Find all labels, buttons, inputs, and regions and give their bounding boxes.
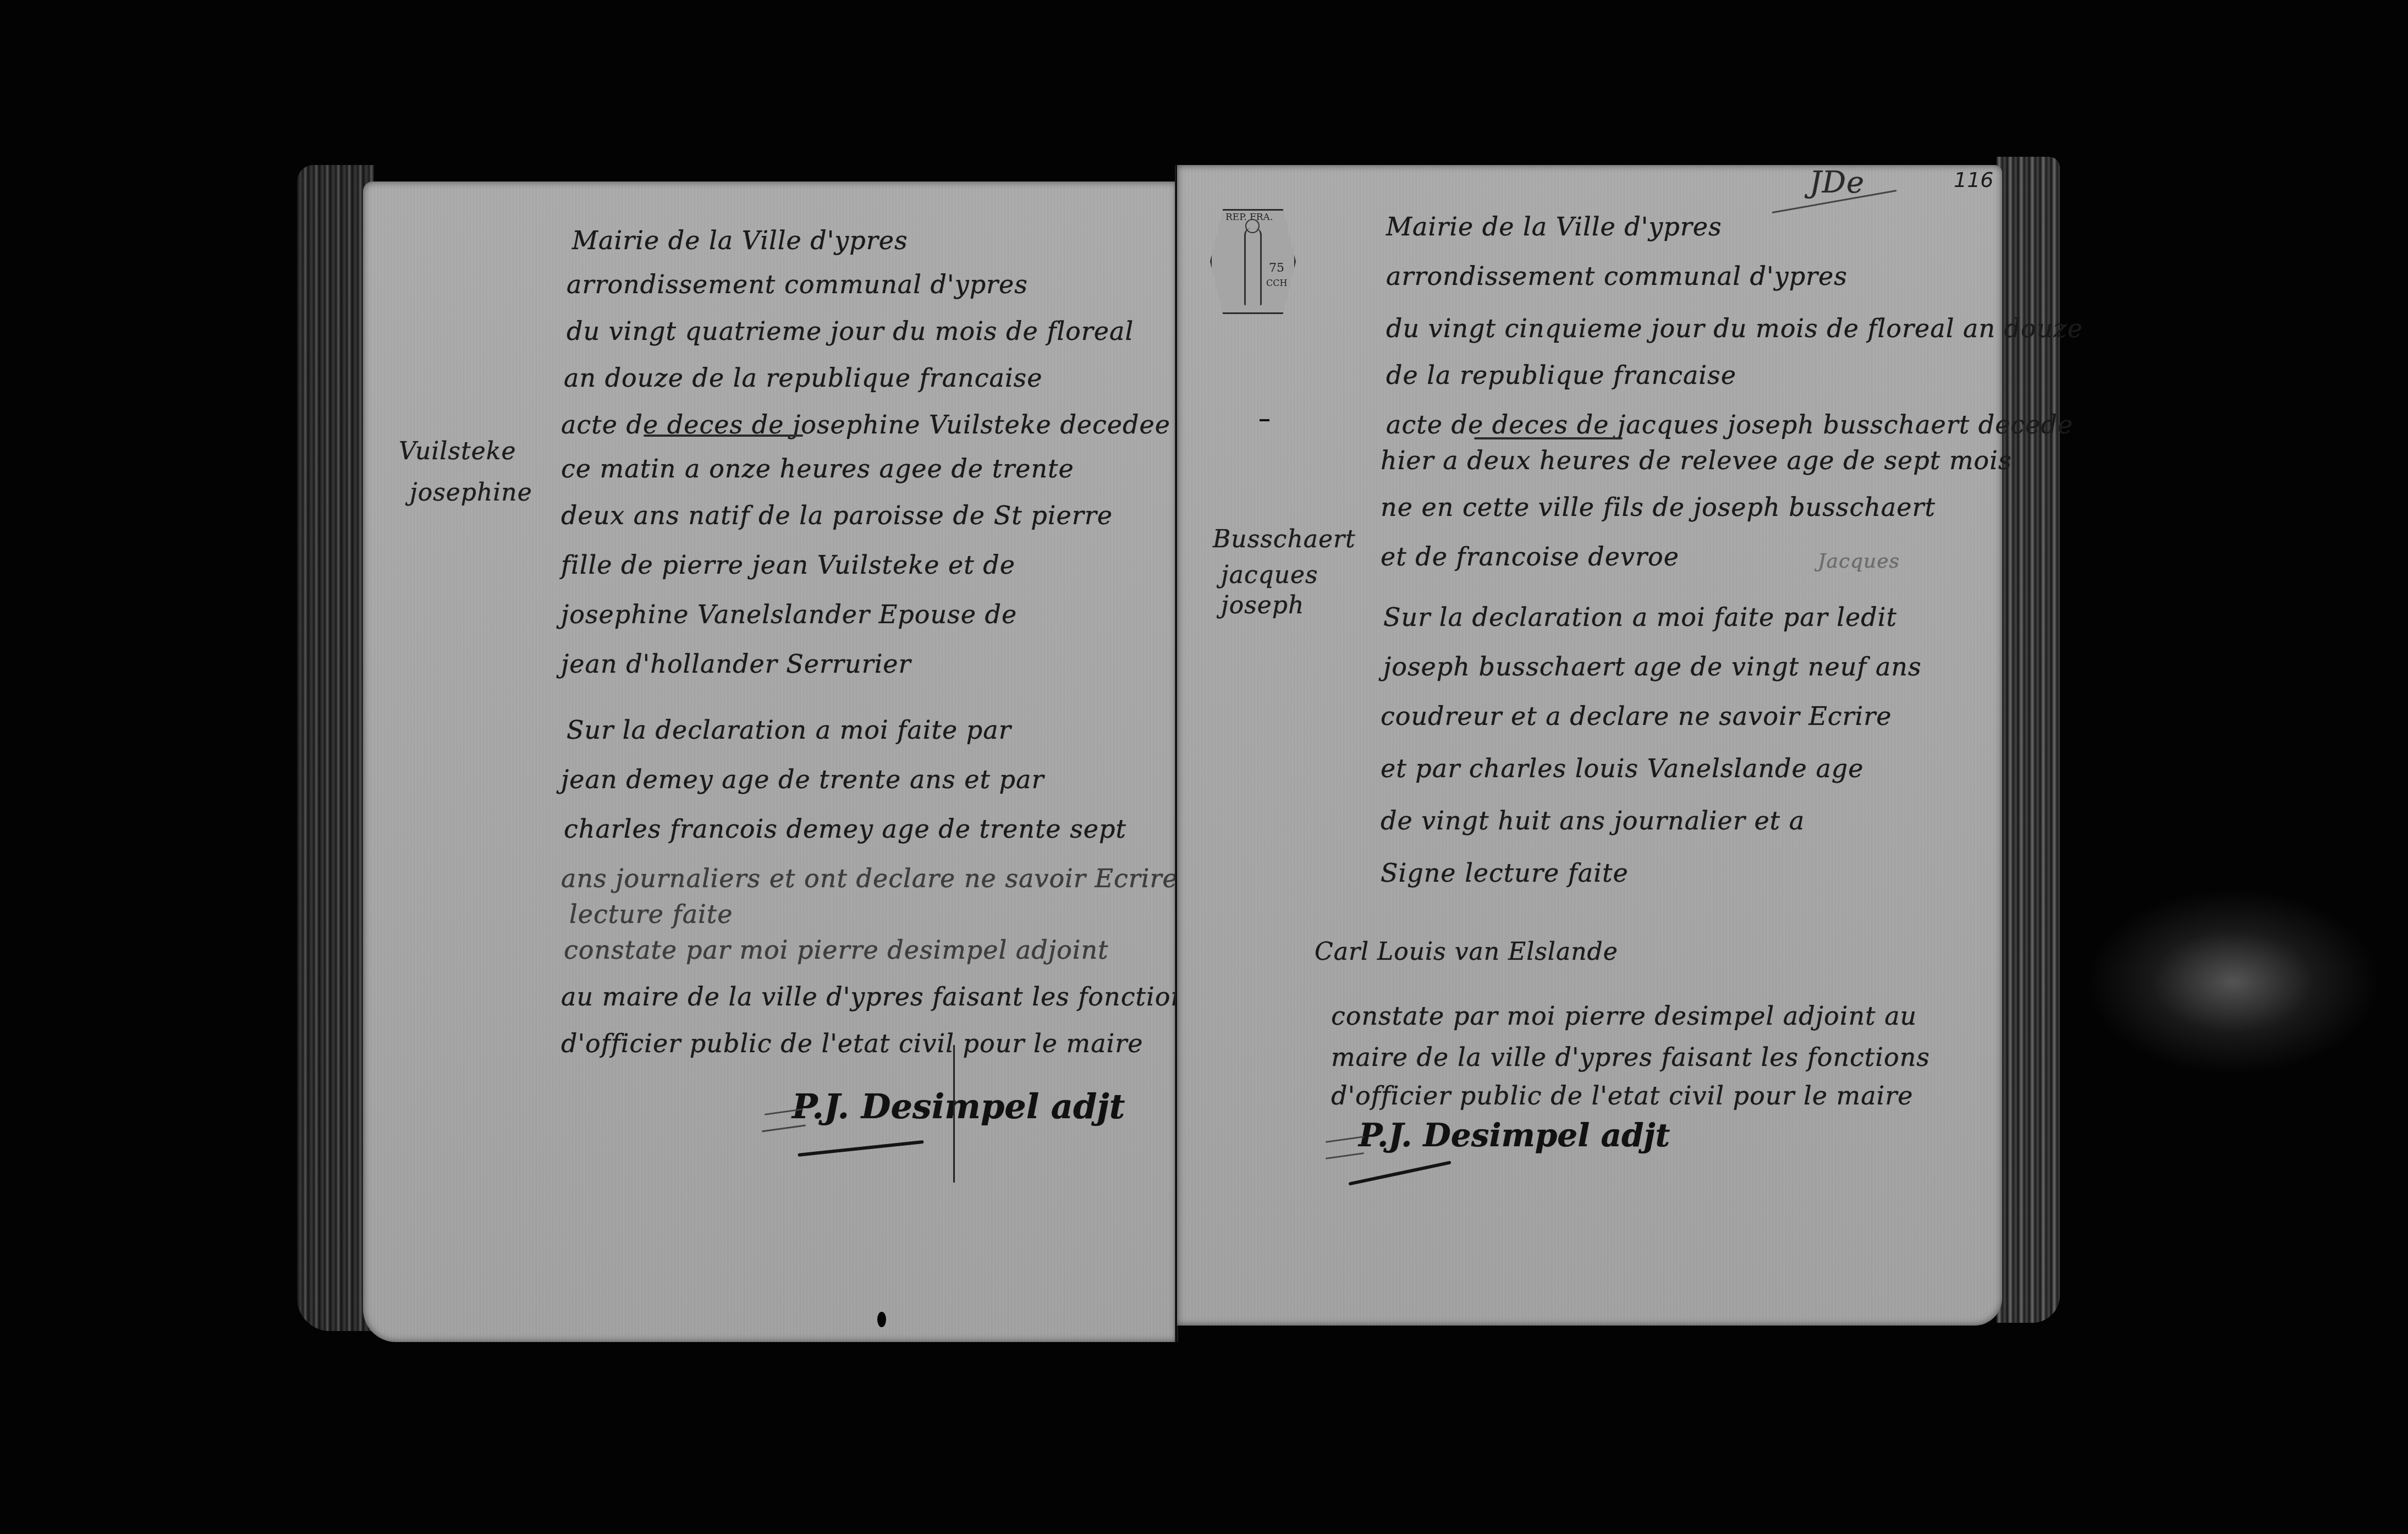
- left-line-7: deux ans natif de la paroisse de St pier…: [561, 501, 1113, 530]
- right-line-2: arrondissement communal d'ypres: [1386, 261, 1848, 291]
- left-line-12: jean demey age de trente ans et par: [561, 765, 1044, 794]
- right-line-4: de la republique francaise: [1386, 360, 1736, 390]
- right-line-13: de vingt huit ans journalier et a: [1381, 806, 1805, 835]
- left-page-edges: [297, 165, 374, 1331]
- left-margin-surname: Vuilsteke: [399, 437, 516, 465]
- left-line-2: arrondissement communal d'ypres: [567, 270, 1028, 299]
- left-line-10: jean d'hollander Serrurier: [561, 649, 911, 679]
- name-underline: [644, 435, 803, 437]
- right-margin-surname: Busschaert: [1213, 525, 1356, 553]
- right-line-6: hier a deux heures de relevee age de sep…: [1381, 446, 2012, 475]
- left-line-11: Sur la declaration a moi faite par: [567, 715, 1011, 745]
- dash-mark: [1260, 419, 1269, 421]
- left-signature: P.J. Desimpel adjt: [792, 1086, 1125, 1126]
- left-line-9: josephine Vanelslander Epouse de: [561, 600, 1017, 629]
- left-line-15: lecture faite: [569, 899, 733, 929]
- stamp-figure-icon: [1244, 228, 1262, 305]
- page-number: 116: [1954, 168, 1994, 192]
- right-faint-margin-mark: Jacques: [1818, 550, 1900, 573]
- left-margin-forename: josephine: [410, 479, 532, 507]
- left-page: [363, 182, 1177, 1342]
- name-underline: [1474, 437, 1623, 439]
- left-line-3: du vingt quatrieme jour du mois de flore…: [567, 316, 1134, 346]
- top-initials-mark: JDe: [1810, 165, 1865, 200]
- right-line-12: et par charles louis Vanelslande age: [1381, 754, 1864, 783]
- left-line-17: au maire de la ville d'ypres faisant les…: [561, 982, 1201, 1011]
- right-margin-forename-1: jacques: [1221, 561, 1318, 589]
- right-line-11: coudreur et a declare ne savoir Ecrire: [1381, 701, 1892, 731]
- left-line-4: an douze de la republique francaise: [564, 363, 1042, 393]
- right-line-3: du vingt cinquieme jour du mois de flore…: [1386, 314, 2083, 343]
- left-line-6: ce matin a onze heures agee de trente: [561, 454, 1074, 483]
- left-line-1: Mairie de la Ville d'ypres: [572, 226, 908, 255]
- left-line-18: d'officier public de l'etat civil pour l…: [561, 1029, 1143, 1058]
- left-line-16: constate par moi pierre desimpel adjoint: [564, 935, 1109, 965]
- right-closing-line-2: maire de la ville d'ypres faisant les fo…: [1331, 1042, 1930, 1072]
- right-line-1: Mairie de la Ville d'ypres: [1386, 212, 1722, 241]
- ink-blot: [877, 1312, 886, 1327]
- left-line-14: ans journaliers et ont declare ne savoir…: [561, 864, 1178, 893]
- right-line-5: acte de deces de jacques joseph busschae…: [1386, 410, 2073, 439]
- open-register-book: Vuilsteke josephine Mairie de la Ville d…: [0, 0, 2408, 1534]
- right-line-9: Sur la declaration a moi faite par ledit: [1383, 602, 1897, 632]
- left-vertical-stroke: [953, 1045, 955, 1183]
- right-signature: P.J. Desimpel adjt: [1359, 1117, 1670, 1154]
- left-line-13: charles francois demey age de trente sep…: [564, 814, 1126, 844]
- witness-signature: Carl Louis van Elslande: [1315, 938, 1618, 966]
- right-line-10: joseph busschaert age de vingt neuf ans: [1383, 652, 1922, 681]
- right-closing-line-3: d'officier public de l'etat civil pour l…: [1331, 1081, 1913, 1110]
- right-line-8: et de francoise devroe: [1381, 542, 1679, 571]
- right-closing-line-1: constate par moi pierre desimpel adjoint…: [1331, 1001, 1917, 1031]
- right-margin-forename-2: joseph: [1221, 591, 1304, 619]
- right-line-7: ne en cette ville fils de joseph busscha…: [1381, 492, 1936, 522]
- left-line-8: fille de pierre jean Vuilsteke et de: [561, 550, 1015, 580]
- stamp-value: 75: [1269, 261, 1284, 275]
- right-line-14: Signe lecture faite: [1381, 858, 1629, 888]
- stamp-sub-value: CCH: [1266, 278, 1287, 288]
